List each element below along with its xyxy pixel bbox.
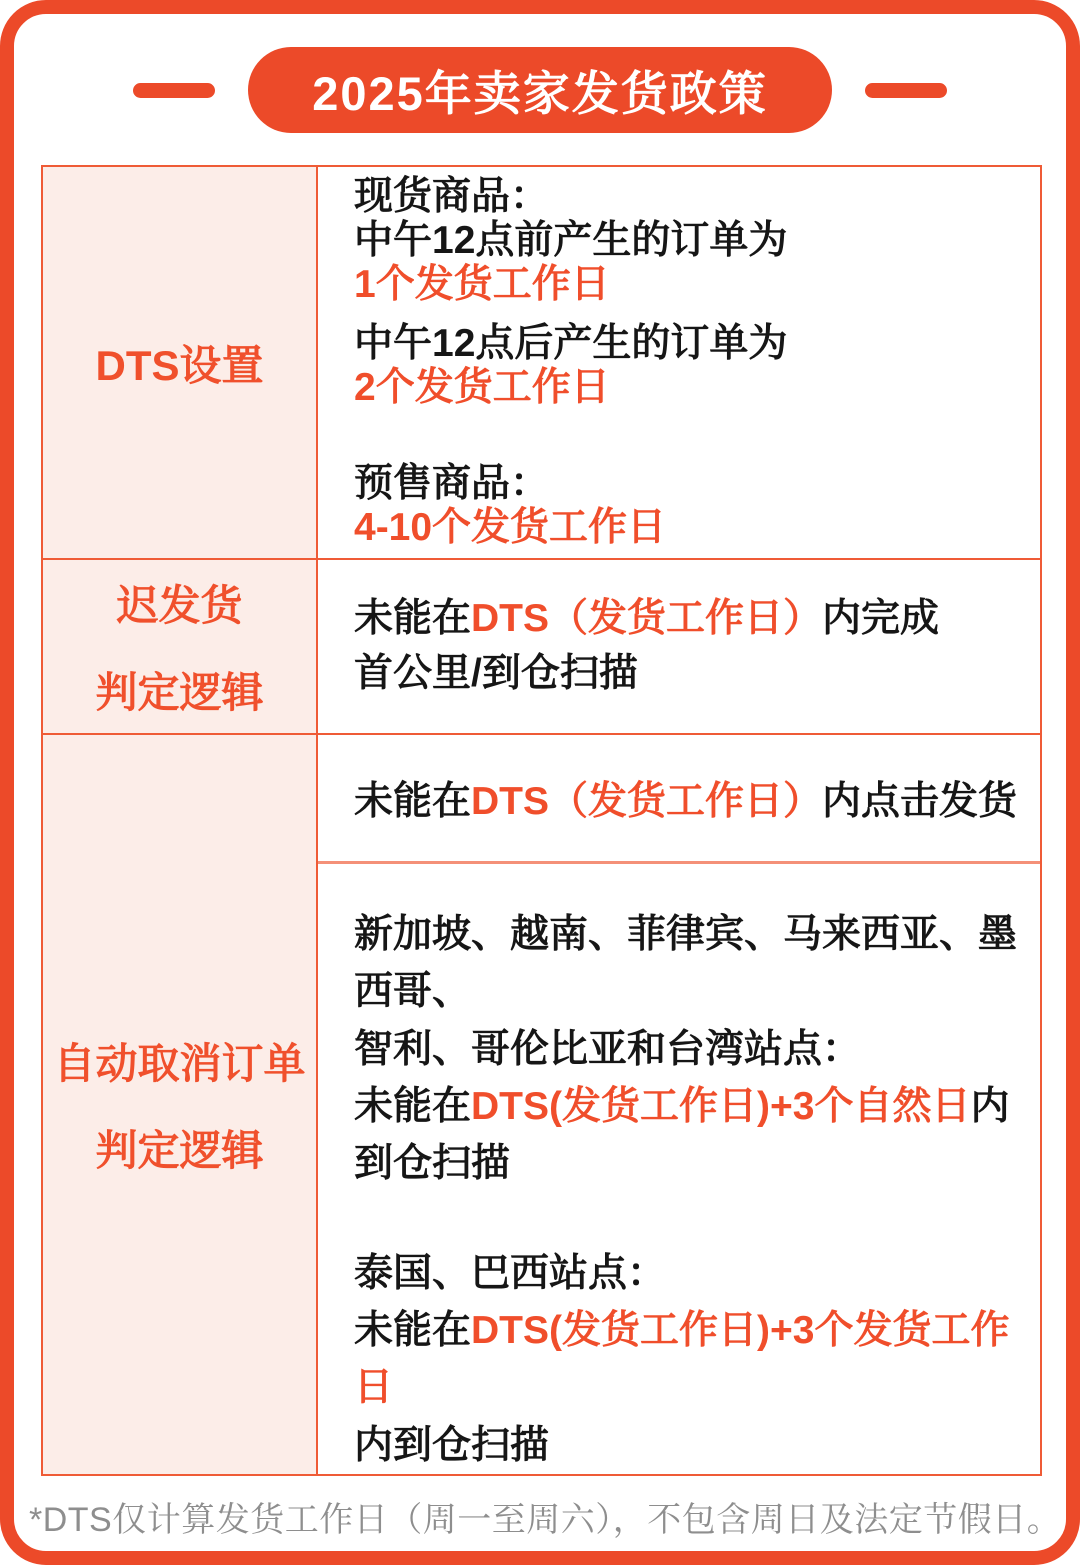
cell-auto-cancel-sites: 新加坡、越南、菲律宾、马来西亚、墨西哥、智利、哥伦比亚和台湾站点：未能在DTS(… (318, 864, 1040, 1474)
body-text: 内完成 (822, 597, 939, 640)
footnote: *DTS仅计算发货工作日（周一至周六），不包含周日及法定节假日。 (29, 1492, 1066, 1541)
body-text: 未能在 (354, 1309, 471, 1352)
text-line: 4-10个发货工作日 (354, 506, 1020, 550)
body-text: 智利、哥伦比亚和台湾站点： (354, 1028, 861, 1071)
body-text: 预售商品： (354, 462, 549, 505)
body-text: 未能在 (354, 1085, 471, 1128)
text-line: 未能在DTS(发货工作日)+3个发货工作日 (354, 1302, 1020, 1417)
title-dash-right-icon (865, 83, 947, 98)
table-row-late-shipment: 迟发货判定逻辑 未能在DTS（发货工作日）内完成首公里/到仓扫描 (43, 558, 1040, 733)
row-label-line: 判定逻辑 (95, 660, 263, 720)
cell-dts-setting-content: 现货商品：中午12点前产生的订单为1个发货工作日中午12点后产生的订单为2个发货… (318, 167, 1040, 558)
paragraph: 中午12点后产生的订单为2个发货工作日 (354, 322, 1020, 410)
text-line: 智利、哥伦比亚和台湾站点： (354, 1021, 1020, 1078)
row-label-line: 自动取消订单 (53, 1031, 305, 1091)
title-badge: 2025年卖家发货政策 (248, 47, 832, 133)
table-row-dts-setting: DTS设置 现货商品：中午12点前产生的订单为1个发货工作日中午12点后产生的订… (43, 167, 1040, 558)
cell-auto-cancel-click-ship: 未能在DTS（发货工作日）内点击发货 (318, 735, 1040, 864)
body-text: 泰国、巴西站点： (354, 1252, 666, 1295)
text-line: 新加坡、越南、菲律宾、马来西亚、墨西哥、 (354, 906, 1020, 1021)
cell-auto-cancel-stack: 未能在DTS（发货工作日）内点击发货 新加坡、越南、菲律宾、马来西亚、墨西哥、智… (318, 735, 1040, 1474)
paragraph: 新加坡、越南、菲律宾、马来西亚、墨西哥、智利、哥伦比亚和台湾站点：未能在DTS(… (354, 906, 1020, 1193)
table-row-auto-cancel: 自动取消订单判定逻辑 未能在DTS（发货工作日）内点击发货 新加坡、越南、菲律宾… (43, 733, 1040, 1474)
text-line: 泰国、巴西站点： (354, 1245, 1020, 1302)
text-line: 2个发货工作日 (354, 366, 1020, 410)
row-label-auto-cancel: 自动取消订单判定逻辑 (43, 735, 318, 1474)
body-text: 内到仓扫描 (354, 1424, 549, 1467)
body-text: 到仓扫描 (354, 1142, 510, 1185)
paragraph: 现货商品：中午12点前产生的订单为1个发货工作日 (354, 175, 1020, 307)
text-line: 中午12点前产生的订单为 (354, 219, 1020, 263)
body-text: 未能在 (354, 597, 471, 640)
highlighted-text: 2个发货工作日 (354, 366, 610, 409)
text-line: 未能在DTS（发货工作日）内完成 (354, 592, 1020, 647)
text-line: 1个发货工作日 (354, 263, 1020, 307)
shipping-policy-page: 2025年卖家发货政策 DTS设置 现货商品：中午12点前产生的订单为1个发货工… (0, 0, 1080, 1565)
text-line: 首公里/到仓扫描 (354, 647, 1020, 702)
body-text: 内 (970, 1085, 1009, 1128)
text-line: 现货商品： (354, 175, 1020, 219)
highlighted-text: DTS（发货工作日） (471, 597, 822, 640)
cell-late-shipment-content: 未能在DTS（发货工作日）内完成首公里/到仓扫描 (318, 560, 1040, 733)
row-label-line: 迟发货 (116, 573, 242, 633)
page-title: 2025年卖家发货政策 (312, 57, 768, 124)
title-dash-left-icon (133, 83, 215, 98)
paragraph: 未能在DTS（发货工作日）内点击发货 (354, 770, 1020, 826)
paragraph: 预售商品：4-10个发货工作日 (354, 462, 1020, 550)
text-line: 未能在DTS（发货工作日）内点击发货 (354, 770, 1020, 826)
text-line: 未能在DTS(发货工作日)+3个自然日内 (354, 1078, 1020, 1135)
highlighted-text: DTS(发货工作日)+3个自然日 (471, 1085, 970, 1128)
row-label-dts-setting: DTS设置 (43, 167, 318, 558)
text-line: 中午12点后产生的订单为 (354, 322, 1020, 366)
row-label-line: DTS设置 (95, 333, 263, 393)
paragraph: 未能在DTS（发货工作日）内完成首公里/到仓扫描 (354, 592, 1020, 701)
text-line: 预售商品： (354, 462, 1020, 506)
body-text: 中午12点前产生的订单为 (354, 219, 787, 262)
text-line: 内到仓扫描 (354, 1417, 1020, 1474)
policy-table: DTS设置 现货商品：中午12点前产生的订单为1个发货工作日中午12点后产生的订… (41, 165, 1042, 1476)
row-label-line: 判定逻辑 (95, 1118, 263, 1178)
text-line: 到仓扫描 (354, 1135, 1020, 1192)
highlighted-text: DTS（发货工作日） (471, 780, 822, 823)
body-text: 现货商品： (354, 175, 549, 218)
body-text: 新加坡、越南、菲律宾、马来西亚、墨西哥、 (354, 913, 1017, 1013)
row-label-late-shipment: 迟发货判定逻辑 (43, 560, 318, 733)
highlighted-text: 1个发货工作日 (354, 263, 610, 306)
body-text: 首公里/到仓扫描 (354, 652, 638, 695)
header: 2025年卖家发货政策 (14, 47, 1066, 133)
highlighted-text: 4-10个发货工作日 (354, 506, 666, 549)
paragraph: 泰国、巴西站点：未能在DTS(发货工作日)+3个发货工作日内到仓扫描 (354, 1245, 1020, 1474)
body-text: 内点击发货 (822, 780, 1017, 823)
body-text: 中午12点后产生的订单为 (354, 322, 787, 365)
body-text: 未能在 (354, 780, 471, 823)
